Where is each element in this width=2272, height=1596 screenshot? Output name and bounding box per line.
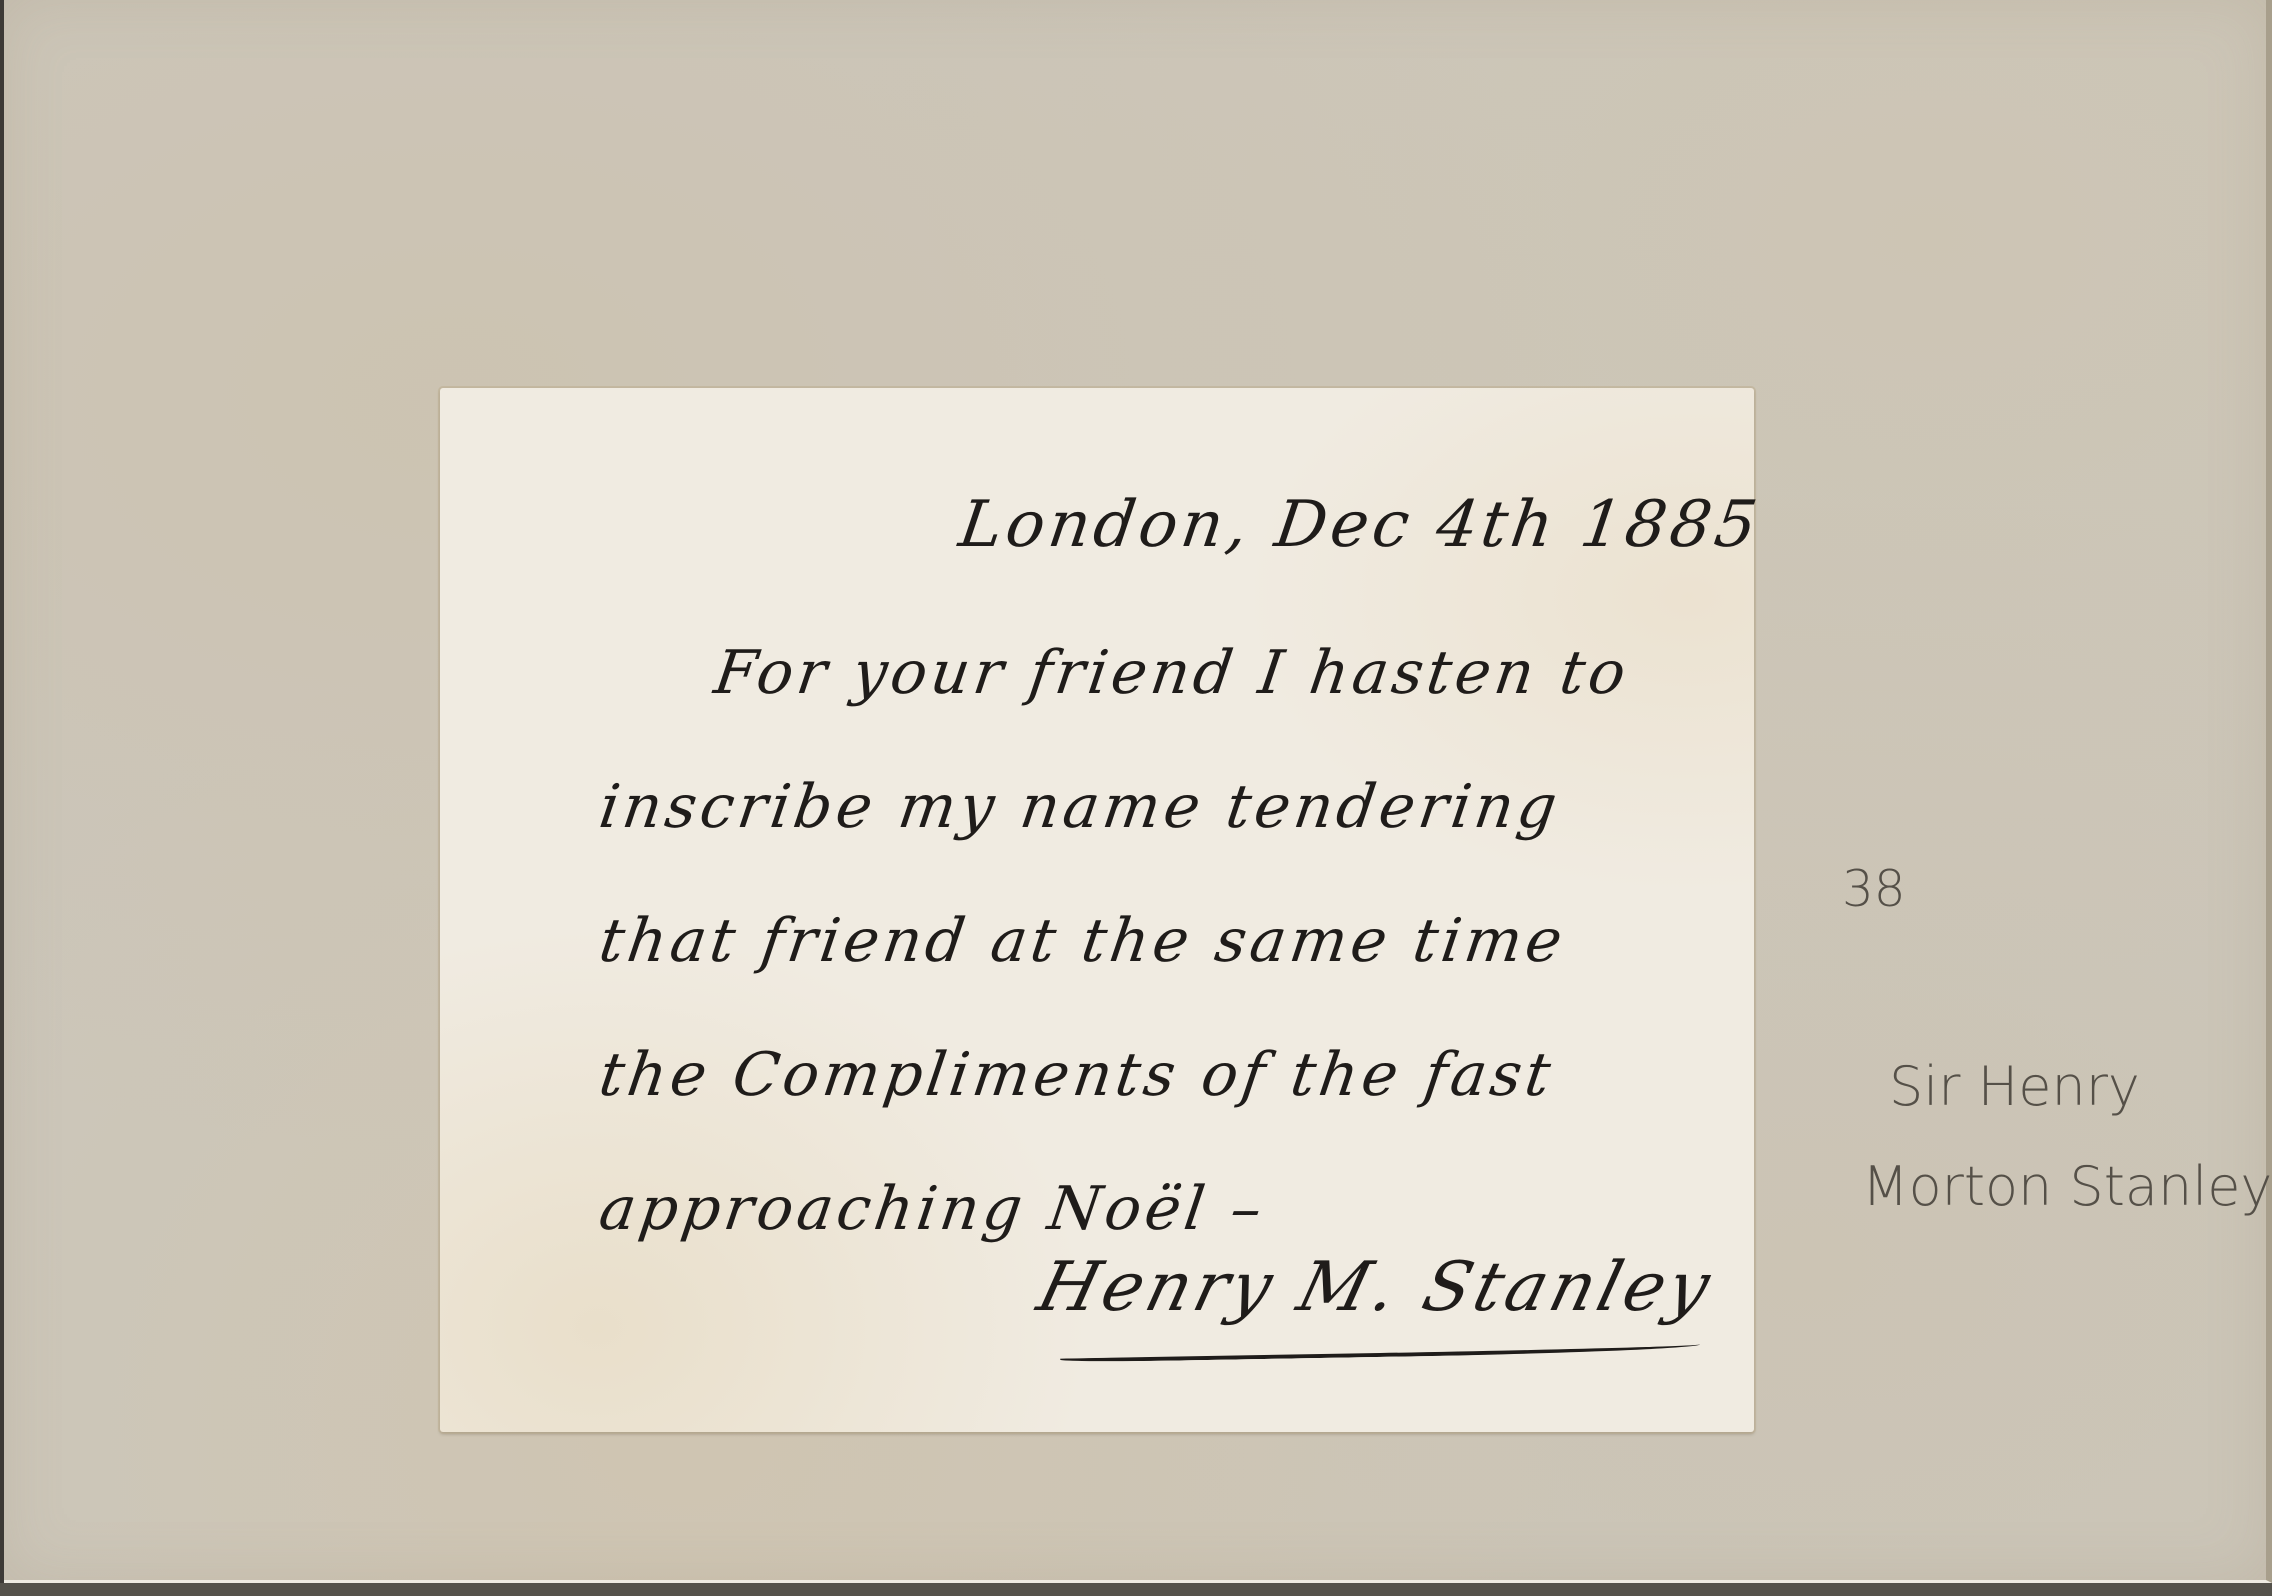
letter-line: For your friend I hasten to (600, 638, 1740, 772)
mount-board: London, Dec 4th 1885 For your friend I h… (4, 0, 2272, 1583)
signature: Henry M. Stanley (1030, 1248, 1721, 1327)
dateline: London, Dec 4th 1885 (955, 488, 1765, 562)
letter-line: the Compliments of the fast (600, 1040, 1740, 1174)
letter-body: For your friend I hasten to inscribe my … (600, 638, 1740, 1308)
letter-line-text: that friend at the same time (595, 906, 1570, 976)
letter-line-text: inscribe my name tendering (595, 772, 1565, 842)
attribution-line-2: Morton Stanley (1862, 1155, 2272, 1218)
attribution-line-1: Sir Henry (1889, 1055, 2140, 1118)
letter-line: inscribe my name tendering (600, 772, 1740, 906)
letter-line-text: the Compliments of the fast (595, 1040, 1559, 1110)
letter-line: that friend at the same time (600, 906, 1740, 1040)
letter-line-text: approaching Noël – (595, 1174, 1270, 1244)
catalog-number: 38 (1842, 860, 1906, 918)
signature-flourish (1060, 1337, 1700, 1362)
frame-bottom-edge (0, 1583, 2272, 1596)
handwritten-note: London, Dec 4th 1885 For your friend I h… (440, 388, 1754, 1432)
letter-line-text: For your friend I hasten to (710, 638, 1634, 708)
